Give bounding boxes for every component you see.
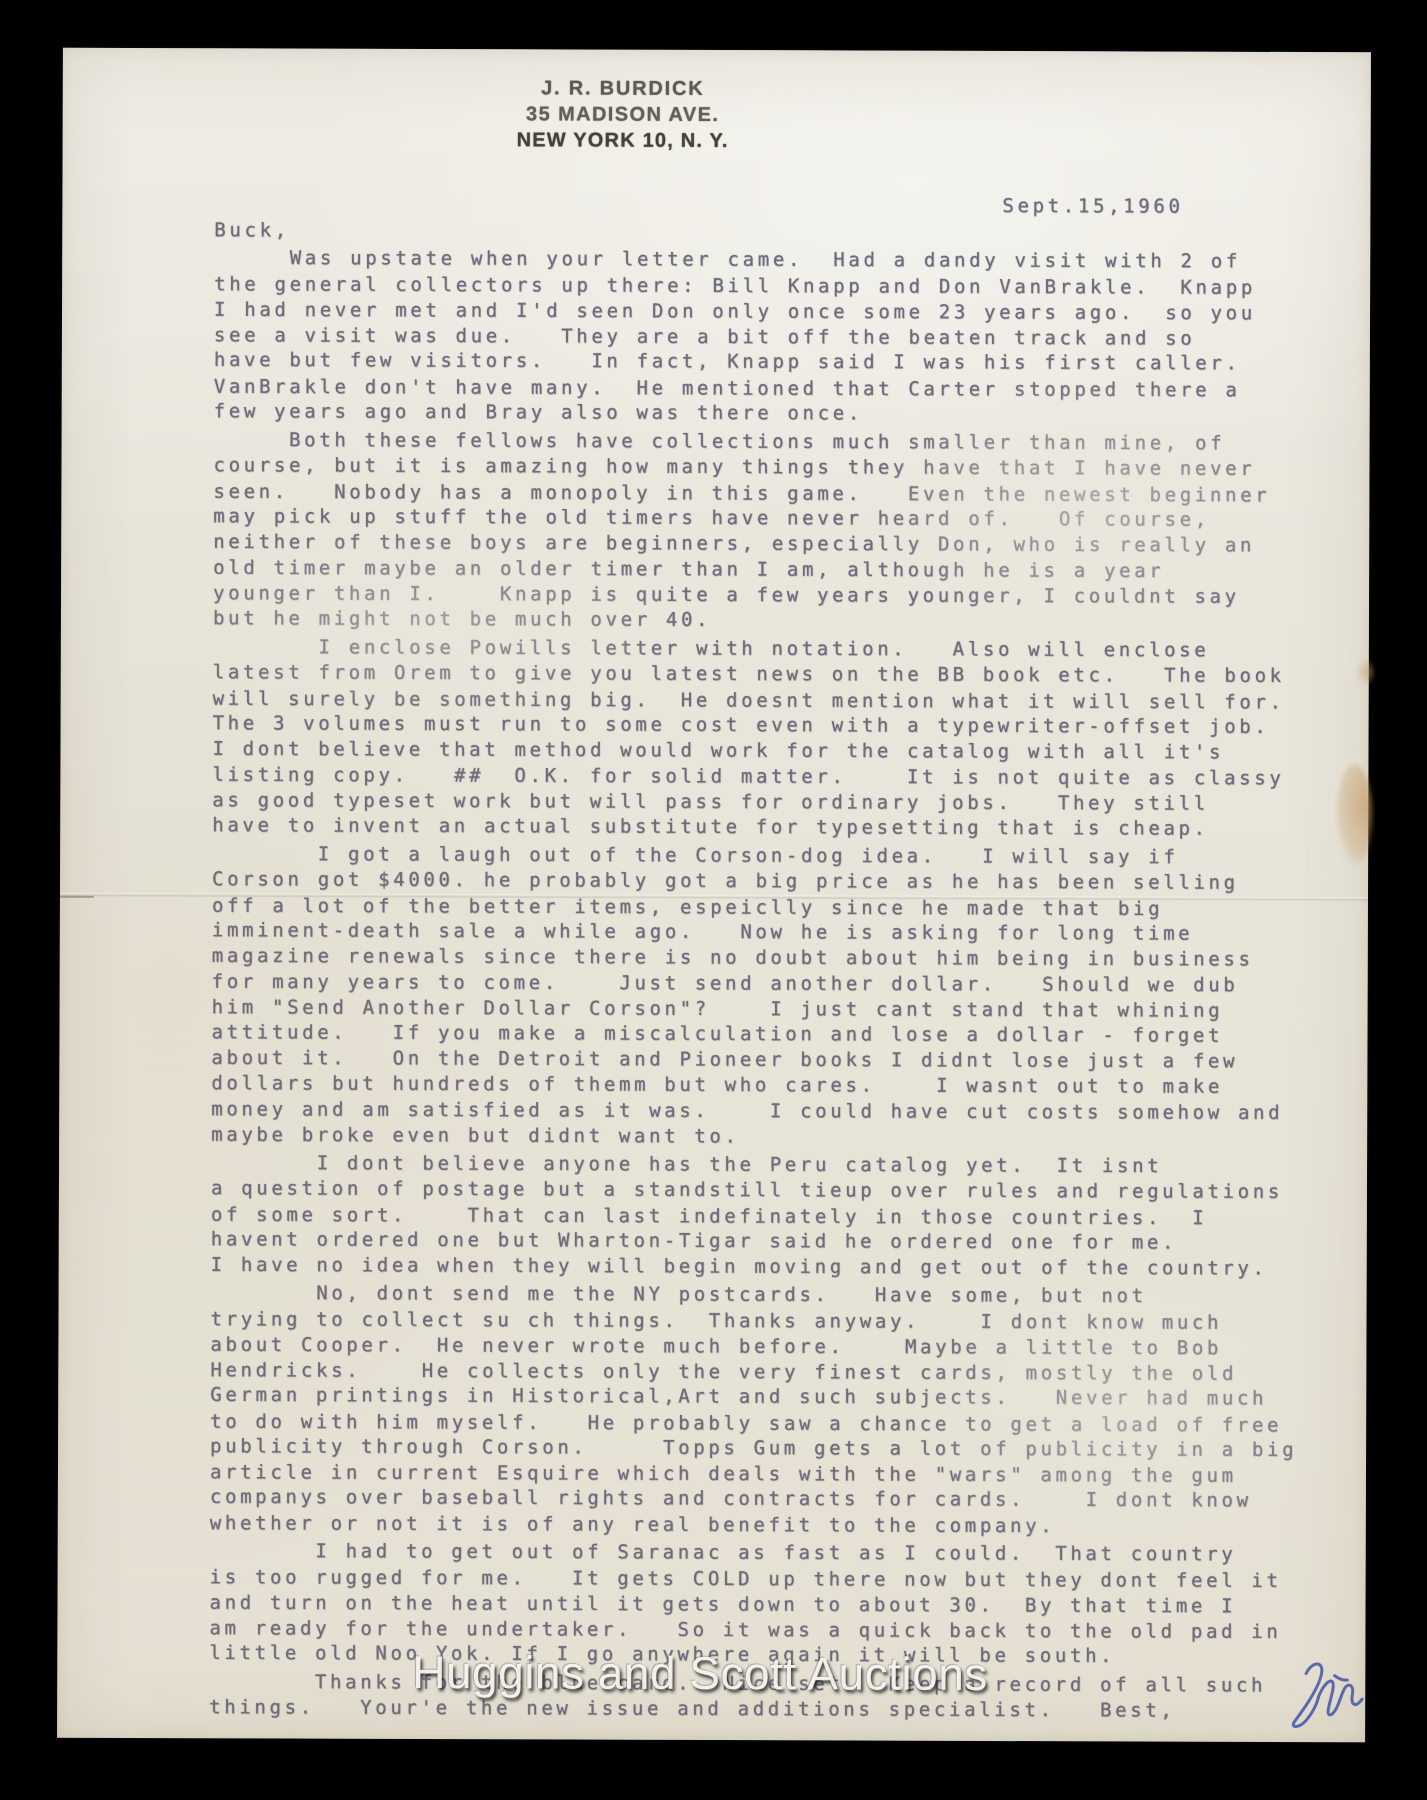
letter-paragraph: I got a laugh out of the Corson-dog idea… — [211, 842, 1299, 1152]
typed-line: the general collectors up there: Bill Kn… — [214, 272, 1301, 301]
letter-body: Was upstate when your letter came. Had a… — [209, 246, 1301, 1727]
typed-line: latest from Orem to give you latest news… — [213, 660, 1300, 689]
paper-stain-small — [1356, 658, 1374, 686]
typed-line: will surely be something big. He doesnt … — [213, 686, 1300, 715]
typed-line: about it. On the Detroit and Pioneer boo… — [211, 1045, 1298, 1074]
typed-line: I had to get out of Saranac as fast as I… — [210, 1539, 1297, 1568]
typed-line: younger than I. Knapp is quite a few yea… — [213, 581, 1300, 610]
letter-paragraph: I enclose Powills letter with notation. … — [212, 635, 1300, 843]
date-line: Sept.15,1960 — [1002, 194, 1183, 220]
typed-line: neither of these boys are beginners, esp… — [213, 529, 1300, 558]
salutation: Buck, — [214, 218, 290, 244]
typed-line: trying to collect su ch things. Thanks a… — [210, 1307, 1297, 1336]
typed-line: I got a laugh out of the Corson-dog idea… — [212, 841, 1299, 870]
letterhead-stamp: J. R. BURDICK 35 MADISON AVE. NEW YORK 1… — [493, 75, 753, 154]
typed-line: Was upstate when your letter came. Had a… — [214, 246, 1301, 275]
typed-line: is too rugged for me. It gets COLD up th… — [210, 1565, 1297, 1594]
typed-line: whether or not it is of any real benefit… — [210, 1511, 1297, 1540]
typed-line: a question of postage but a standstill t… — [211, 1176, 1298, 1205]
typed-line: money and am satisfied as it was. I coul… — [211, 1097, 1298, 1126]
typed-line: for many years to come. Just send anothe… — [212, 970, 1299, 999]
typed-line: Corson got $4000. he probably got a big … — [212, 867, 1299, 896]
typed-line: him "Send Another Dollar Corson"? I just… — [212, 995, 1299, 1024]
typed-line: I enclose Powills letter with notation. … — [213, 634, 1300, 663]
typed-line: and turn on the heat until it gets down … — [209, 1591, 1296, 1620]
typed-line: to do with him myself. He probably saw a… — [210, 1409, 1297, 1438]
typed-line: course, but it is amazing how many thing… — [213, 453, 1300, 482]
typed-line: of some sort. That can last indefinately… — [211, 1202, 1298, 1231]
typed-line: have to invent an actual substitute for … — [212, 813, 1299, 842]
photo-stage: J. R. BURDICK 35 MADISON AVE. NEW YORK 1… — [0, 0, 1427, 1800]
typed-line: maybe broke even but didnt want to. — [211, 1123, 1298, 1152]
typed-line: old timer maybe an older timer than I am… — [213, 556, 1300, 585]
letter-paragraph: I dont believe anyone has the Peru catal… — [211, 1151, 1299, 1282]
typed-line: listing copy. ## O.K. for solid matter. … — [212, 763, 1299, 792]
typed-line: as good typeset work but will pass for o… — [212, 788, 1299, 817]
letterhead-street: 35 MADISON AVE. — [493, 101, 753, 128]
typed-line: have but few visitors. In fact, Knapp sa… — [214, 348, 1301, 377]
letterhead-city: NEW YORK 10, N. Y. — [493, 127, 753, 154]
typed-line: I dont believe that method would work fo… — [212, 736, 1299, 765]
typed-line: magazine renewals since there is no doub… — [212, 943, 1299, 972]
typed-line: publicity through Corson. Topps Gum gets… — [210, 1434, 1297, 1463]
typed-line: I had never met and I'd seen Don only on… — [214, 298, 1301, 327]
typed-line: seen. Nobody has a monopoly in this game… — [213, 479, 1300, 508]
letter-page: J. R. BURDICK 35 MADISON AVE. NEW YORK 1… — [57, 48, 1371, 1743]
typed-line: Both these fellows have collections much… — [214, 427, 1301, 456]
typed-line: No, dont send me the NY postcards. Have … — [211, 1281, 1298, 1310]
letter-paragraph: Was upstate when your letter came. Had a… — [214, 246, 1302, 428]
auction-watermark: Huggins and Scott Auctions — [412, 1645, 1032, 1701]
typed-line: VanBrakle don't have many. He mentioned … — [214, 374, 1301, 403]
fold-crease-edge-mark — [60, 896, 94, 898]
typed-line: German printings in Historical,Art and s… — [210, 1383, 1297, 1412]
letter-paragraph: No, dont send me the NY postcards. Have … — [210, 1281, 1298, 1540]
paper-stain — [1336, 764, 1372, 866]
letterhead-name: J. R. BURDICK — [493, 75, 753, 102]
handwritten-initials-icon — [1274, 1649, 1376, 1741]
typed-line: I dont believe anyone has the Peru catal… — [211, 1150, 1298, 1179]
letter-paragraph: Both these fellows have collections much… — [213, 428, 1301, 636]
typed-line: companys over baseball rights and contra… — [210, 1485, 1297, 1514]
typed-line: but he might not be much over 40. — [213, 606, 1300, 635]
typed-line: I have no idea when they will begin movi… — [211, 1252, 1298, 1281]
typed-line: dollars but hundreds of themm but who ca… — [211, 1071, 1298, 1100]
typed-line: about Cooper. He never wrote much before… — [210, 1333, 1297, 1362]
typed-line: few years ago and Bray also was there on… — [214, 399, 1301, 428]
